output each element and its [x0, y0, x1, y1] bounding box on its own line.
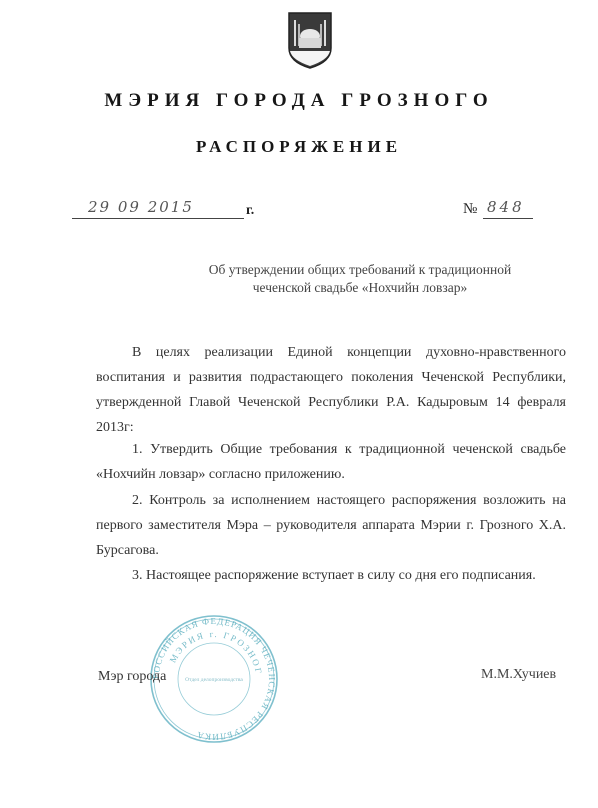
stamp-center-text: Отдел делопроизводства	[185, 677, 243, 683]
subject-line-1: Об утверждении общих требований к традиц…	[150, 261, 570, 279]
date-suffix: г.	[246, 203, 254, 219]
official-stamp-icon: РОССИЙСКАЯ ФЕДЕРАЦИЯ ЧЕЧЕНСКАЯ РЕСПУБЛИК…	[148, 613, 280, 745]
document-subject: Об утверждении общих требований к традиц…	[150, 261, 570, 297]
date-underline	[72, 218, 244, 219]
signer-name: М.М.Хучиев	[481, 667, 556, 683]
handwritten-date: 29 09 2015	[88, 198, 194, 216]
subject-line-2: чеченской свадьбе «Нохчийн ловзар»	[150, 279, 570, 297]
signer-title: Мэр города	[98, 669, 166, 685]
number-label: №	[463, 201, 477, 218]
order-item-3: 3. Настоящее распоряжение вступает в сил…	[96, 563, 566, 588]
number-underline	[483, 218, 533, 219]
order-item-2: 2. Контроль за исполнением настоящего ра…	[96, 488, 566, 563]
intro-paragraph: В целях реализации Единой концепции духо…	[96, 340, 566, 440]
order-item-1: 1. Утвердить Общие требования к традицио…	[96, 437, 566, 487]
organization-name: МЭРИЯ ГОРОДА ГРОЗНОГО	[0, 90, 598, 112]
handwritten-number: 848	[487, 198, 525, 216]
coat-of-arms-icon	[286, 10, 334, 70]
document-type-title: РАСПОРЯЖЕНИЕ	[0, 137, 598, 157]
